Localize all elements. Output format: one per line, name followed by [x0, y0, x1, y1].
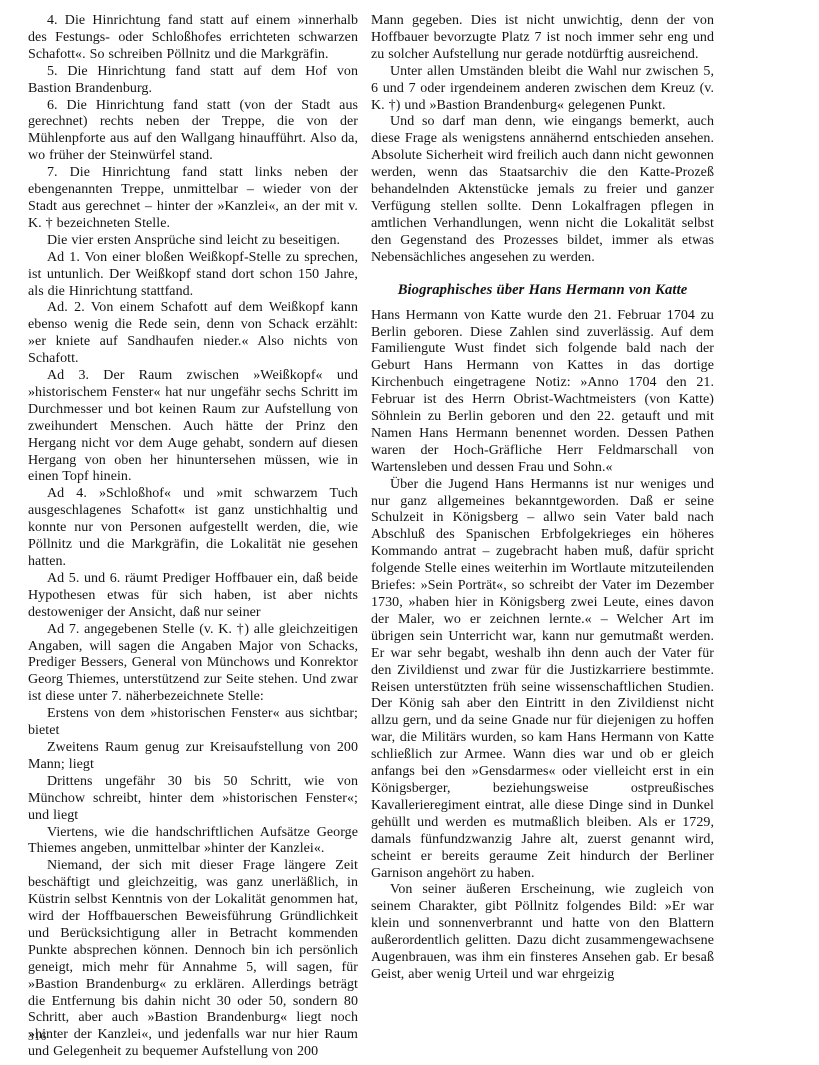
paragraph: Ad 1. Von einer bloßen Weißkopf-Stelle z…	[28, 250, 358, 301]
text-column-right: Mann gegeben. Dies ist nicht unwichtig, …	[371, 13, 714, 984]
paragraph: Drittens ungefähr 30 bis 50 Schritt, wie…	[28, 774, 358, 825]
paragraph: Hans Hermann von Katte wurde den 21. Feb…	[371, 308, 714, 477]
paragraph: 5. Die Hinrichtung fand statt auf dem Ho…	[28, 64, 358, 98]
paragraph: Und so darf man denn, wie eingangs bemer…	[371, 114, 714, 266]
paragraph: Ad 7. angegebenen Stelle (v. K. †) alle …	[28, 622, 358, 707]
paragraph: Niemand, der sich mit dieser Frage länge…	[28, 858, 358, 1061]
section-heading: Biographisches über Hans Hermann von Kat…	[373, 282, 712, 299]
paragraph: Mann gegeben. Dies ist nicht unwichtig, …	[371, 13, 714, 64]
paragraph: Erstens von dem »historischen Fenster« a…	[28, 706, 358, 740]
page-number: 316	[28, 1030, 47, 1044]
paragraph: Zweitens Raum genug zur Kreisaufstellung…	[28, 740, 358, 774]
paragraph: Die vier ersten Ansprüche sind leicht zu…	[28, 233, 358, 250]
text-column-left: 4. Die Hinrichtung fand statt auf einem …	[28, 13, 358, 1061]
paragraph: 7. Die Hinrichtung fand statt links nebe…	[28, 165, 358, 233]
paragraph: Ad 4. »Schloßhof« und »mit schwarzem Tuc…	[28, 486, 358, 571]
book-page: 4. Die Hinrichtung fand statt auf einem …	[0, 0, 819, 1065]
paragraph: Ad 5. und 6. räumt Prediger Hoffbauer ei…	[28, 571, 358, 622]
paragraph: Unter allen Umständen bleibt die Wahl nu…	[371, 64, 714, 115]
paragraph: Über die Jugend Hans Hermanns ist nur we…	[371, 477, 714, 883]
paragraph: Von seiner äußeren Erscheinung, wie zugl…	[371, 882, 714, 983]
paragraph: Viertens, wie die handschriftlichen Aufs…	[28, 825, 358, 859]
paragraph: Ad 3. Der Raum zwischen »Weißkopf« und »…	[28, 368, 358, 486]
paragraph: 4. Die Hinrichtung fand statt auf einem …	[28, 13, 358, 64]
paragraph: 6. Die Hinrichtung fand statt (von der S…	[28, 98, 358, 166]
paragraph: Ad. 2. Von einem Schafott auf dem Weißko…	[28, 300, 358, 368]
